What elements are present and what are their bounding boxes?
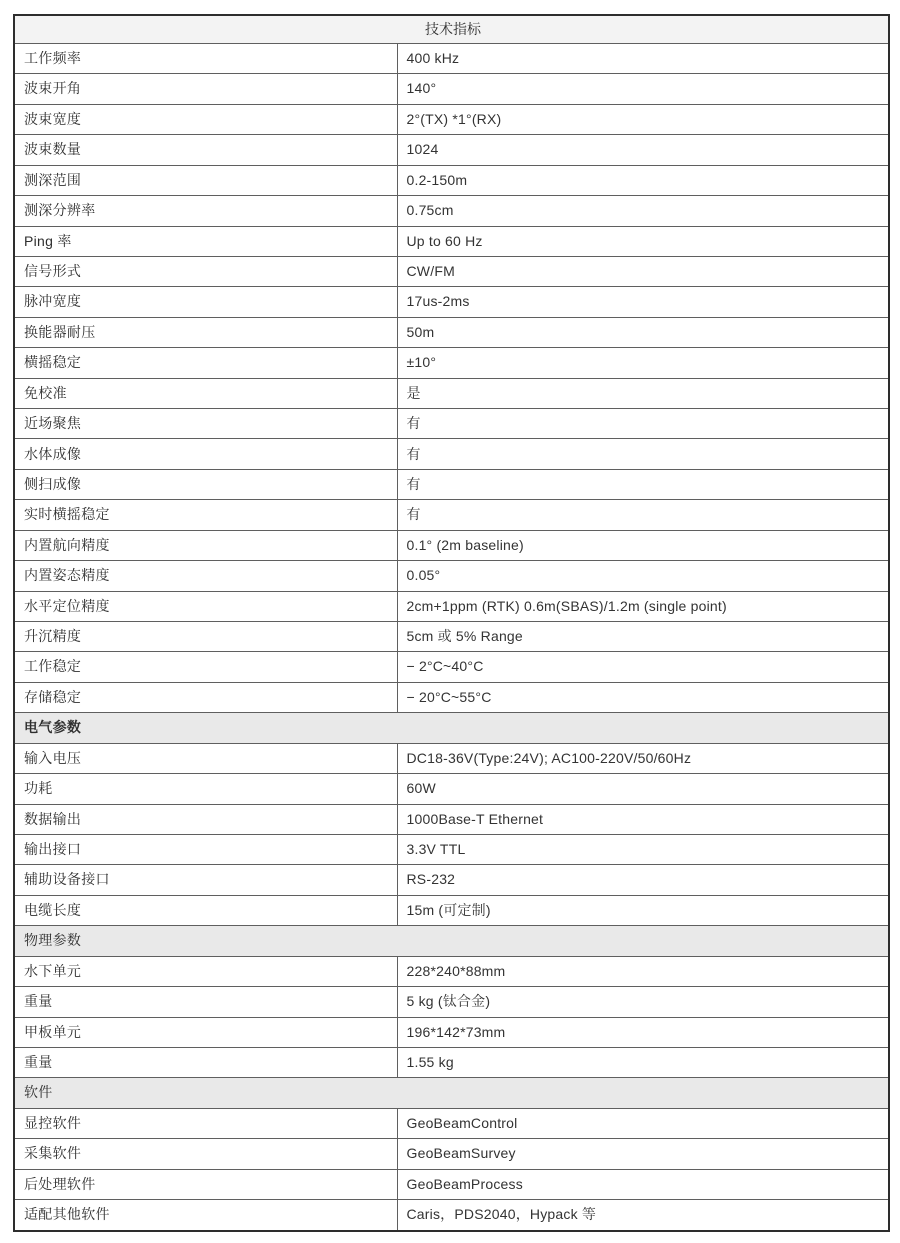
spec-table-body: 技术指标 工作频率400 kHz波束开角140°波束宽度2°(TX) *1°(R… [14, 15, 889, 1231]
spec-label: 甲板单元 [14, 1017, 397, 1047]
spec-label: 输出接口 [14, 834, 397, 864]
spec-row: 甲板单元196*142*73mm [14, 1017, 889, 1047]
spec-label: 功耗 [14, 774, 397, 804]
spec-value: 0.05° [397, 561, 889, 591]
section-label: 物理参数 [14, 926, 889, 956]
spec-label: 波束数量 [14, 135, 397, 165]
spec-row: 输入电压DC18-36V(Type:24V); AC100-220V/50/60… [14, 743, 889, 773]
spec-value: 2°(TX) *1°(RX) [397, 104, 889, 134]
spec-label: 工作稳定 [14, 652, 397, 682]
spec-value: Caris，PDS2040，Hypack 等 [397, 1200, 889, 1231]
spec-row: 工作稳定− 2°C~40°C [14, 652, 889, 682]
spec-row: 免校准是 [14, 378, 889, 408]
spec-value: 1.55 kg [397, 1047, 889, 1077]
spec-label: 采集软件 [14, 1139, 397, 1169]
spec-value: 3.3V TTL [397, 834, 889, 864]
spec-value: 17us-2ms [397, 287, 889, 317]
spec-row: 升沉精度5cm 或 5% Range [14, 622, 889, 652]
spec-value: RS-232 [397, 865, 889, 895]
spec-label: 重量 [14, 987, 397, 1017]
section-label: 电气参数 [14, 713, 889, 743]
spec-value: 0.75cm [397, 196, 889, 226]
spec-row: 水下单元228*240*88mm [14, 956, 889, 986]
spec-table: 技术指标 工作频率400 kHz波束开角140°波束宽度2°(TX) *1°(R… [13, 14, 890, 1232]
spec-value: DC18-36V(Type:24V); AC100-220V/50/60Hz [397, 743, 889, 773]
spec-row: 内置航向精度0.1° (2m baseline) [14, 530, 889, 560]
spec-row: 实时横摇稳定有 [14, 500, 889, 530]
spec-value: 是 [397, 378, 889, 408]
spec-row: 测深范围0.2-150m [14, 165, 889, 195]
spec-label: 存储稳定 [14, 682, 397, 712]
spec-label: 工作频率 [14, 44, 397, 74]
spec-row: 水体成像有 [14, 439, 889, 469]
spec-label: 近场聚焦 [14, 409, 397, 439]
spec-row: 换能器耐压50m [14, 317, 889, 347]
spec-value: − 20°C~55°C [397, 682, 889, 712]
spec-row: 输出接口3.3V TTL [14, 834, 889, 864]
spec-row: 后处理软件GeoBeamProcess [14, 1169, 889, 1199]
spec-label: 波束宽度 [14, 104, 397, 134]
spec-value: 1000Base-T Ethernet [397, 804, 889, 834]
spec-row: 信号形式CW/FM [14, 256, 889, 286]
spec-value: 1024 [397, 135, 889, 165]
spec-label: Ping 率 [14, 226, 397, 256]
spec-row: Ping 率Up to 60 Hz [14, 226, 889, 256]
spec-label: 水下单元 [14, 956, 397, 986]
spec-row: 内置姿态精度0.05° [14, 561, 889, 591]
spec-value: 15m (可定制) [397, 895, 889, 925]
spec-value: 5cm 或 5% Range [397, 622, 889, 652]
spec-label: 后处理软件 [14, 1169, 397, 1199]
spec-row: 功耗60W [14, 774, 889, 804]
spec-label: 数据输出 [14, 804, 397, 834]
spec-label: 横摇稳定 [14, 348, 397, 378]
spec-row: 近场聚焦有 [14, 409, 889, 439]
spec-row: 数据输出1000Base-T Ethernet [14, 804, 889, 834]
spec-label: 水平定位精度 [14, 591, 397, 621]
spec-value: 228*240*88mm [397, 956, 889, 986]
spec-value: − 2°C~40°C [397, 652, 889, 682]
spec-row: 水平定位精度2cm+1ppm (RTK) 0.6m(SBAS)/1.2m (si… [14, 591, 889, 621]
spec-label: 适配其他软件 [14, 1200, 397, 1231]
spec-row: 采集软件GeoBeamSurvey [14, 1139, 889, 1169]
spec-label: 实时横摇稳定 [14, 500, 397, 530]
section-label: 软件 [14, 1078, 889, 1108]
spec-value: 60W [397, 774, 889, 804]
spec-label: 测深范围 [14, 165, 397, 195]
spec-label: 辅助设备接口 [14, 865, 397, 895]
spec-value: 50m [397, 317, 889, 347]
spec-row: 脉冲宽度17us-2ms [14, 287, 889, 317]
spec-row: 横摇稳定±10° [14, 348, 889, 378]
spec-label: 测深分辨率 [14, 196, 397, 226]
spec-value: 有 [397, 469, 889, 499]
spec-value: 0.2-150m [397, 165, 889, 195]
section-row: 电气参数 [14, 713, 889, 743]
spec-value: GeoBeamProcess [397, 1169, 889, 1199]
spec-row: 重量5 kg (钛合金) [14, 987, 889, 1017]
spec-label: 重量 [14, 1047, 397, 1077]
spec-value: 400 kHz [397, 44, 889, 74]
spec-label: 水体成像 [14, 439, 397, 469]
spec-row: 波束数量1024 [14, 135, 889, 165]
spec-value: 0.1° (2m baseline) [397, 530, 889, 560]
spec-value: ±10° [397, 348, 889, 378]
spec-value: 5 kg (钛合金) [397, 987, 889, 1017]
spec-value: GeoBeamControl [397, 1108, 889, 1138]
spec-row: 适配其他软件 Caris，PDS2040，Hypack 等 [14, 1200, 889, 1231]
section-row: 软件 [14, 1078, 889, 1108]
spec-value: CW/FM [397, 256, 889, 286]
spec-row: 电缆长度15m (可定制) [14, 895, 889, 925]
spec-label: 内置航向精度 [14, 530, 397, 560]
spec-row: 重量1.55 kg [14, 1047, 889, 1077]
spec-label: 电缆长度 [14, 895, 397, 925]
spec-label: 脉冲宽度 [14, 287, 397, 317]
spec-value: Up to 60 Hz [397, 226, 889, 256]
spec-label: 侧扫成像 [14, 469, 397, 499]
spec-row: 侧扫成像有 [14, 469, 889, 499]
spec-value: 有 [397, 500, 889, 530]
spec-value: 有 [397, 439, 889, 469]
spec-label: 升沉精度 [14, 622, 397, 652]
spec-value: 196*142*73mm [397, 1017, 889, 1047]
spec-label: 换能器耐压 [14, 317, 397, 347]
table-title: 技术指标 [14, 15, 889, 44]
spec-value: 2cm+1ppm (RTK) 0.6m(SBAS)/1.2m (single p… [397, 591, 889, 621]
spec-row: 工作频率400 kHz [14, 44, 889, 74]
spec-row: 显控软件GeoBeamControl [14, 1108, 889, 1138]
spec-row: 波束宽度2°(TX) *1°(RX) [14, 104, 889, 134]
spec-label: 输入电压 [14, 743, 397, 773]
spec-value: GeoBeamSurvey [397, 1139, 889, 1169]
table-title-row: 技术指标 [14, 15, 889, 44]
spec-row: 波束开角140° [14, 74, 889, 104]
section-row: 物理参数 [14, 926, 889, 956]
spec-row: 存储稳定− 20°C~55°C [14, 682, 889, 712]
spec-row: 辅助设备接口RS-232 [14, 865, 889, 895]
spec-value: 有 [397, 409, 889, 439]
spec-label: 信号形式 [14, 256, 397, 286]
spec-label: 波束开角 [14, 74, 397, 104]
spec-row: 测深分辨率0.75cm [14, 196, 889, 226]
spec-value: 140° [397, 74, 889, 104]
spec-label: 内置姿态精度 [14, 561, 397, 591]
spec-label: 免校准 [14, 378, 397, 408]
spec-label: 显控软件 [14, 1108, 397, 1138]
